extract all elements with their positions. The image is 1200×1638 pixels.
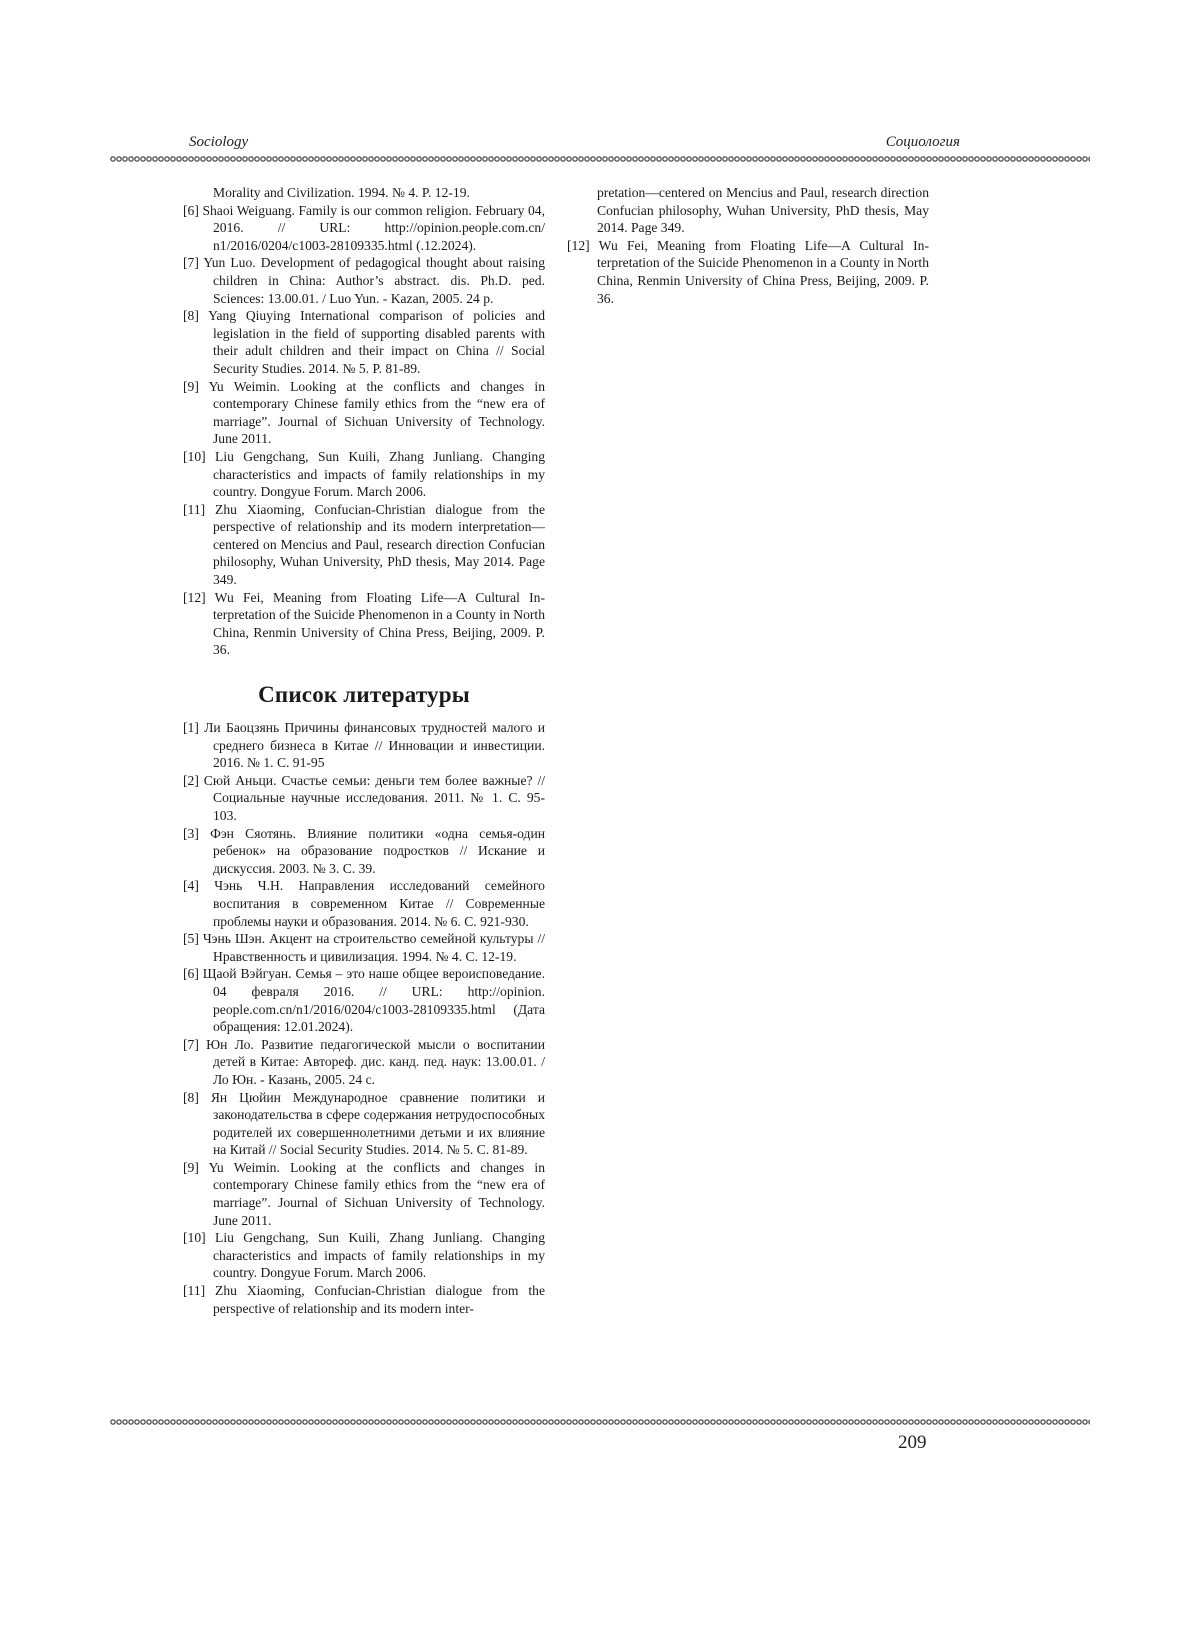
section-heading: Список литературы	[183, 681, 545, 709]
reference-text: Liu Gengchang, Sun Kuili, Zhang Junliang…	[213, 449, 545, 499]
russian-reference-list: [1] Ли Баоцзянь Причины финансовых трудн…	[183, 719, 545, 1317]
reference-number: [8]	[183, 1090, 199, 1105]
reference-item: [7] Юн Ло. Развитие педагогической мысли…	[183, 1036, 545, 1089]
reference-item: [5] Чэнь Шэн. Акцент на строительство се…	[183, 930, 545, 965]
reference-text: Wu Fei, Meaning from Floating Life—A Cul…	[597, 238, 929, 306]
reference-number: [7]	[183, 255, 199, 270]
chain-border-top	[110, 155, 1090, 163]
reference-text: Ян Цюйин Международное сравнение политик…	[211, 1090, 545, 1158]
right-column: pretation—centered on Mencius and Paul, …	[567, 184, 929, 307]
running-head-right: Социология	[886, 134, 960, 151]
english-reference-list: [6] Shaoi Weiguang. Family is our common…	[183, 202, 545, 659]
page-number: 209	[898, 1432, 927, 1454]
left-column: Morality and Civilization. 1994. № 4. P.…	[183, 184, 545, 1317]
reference-number: [10]	[183, 1230, 206, 1245]
reference-text: Фэн Сяотянь. Влияние политики «одна семь…	[210, 826, 545, 876]
reference-continuation: Morality and Civilization. 1994. № 4. P.…	[183, 184, 545, 202]
reference-item: [9] Yu Weimin. Looking at the conflicts …	[183, 1159, 545, 1229]
running-head-left: Sociology	[189, 134, 248, 151]
reference-text: Чэнь Шэн. Акцент на строительство семейн…	[203, 931, 545, 964]
reference-number: [7]	[183, 1037, 199, 1052]
reference-item: [4] Чэнь Ч.Н. Направления исследований с…	[183, 877, 545, 930]
reference-number: [1]	[183, 720, 199, 735]
reference-item: [10] Liu Gengchang, Sun Kuili, Zhang Jun…	[183, 1229, 545, 1282]
reference-number: [9]	[183, 379, 199, 394]
reference-text: Yu Weimin. Looking at the conflicts and …	[209, 1160, 545, 1228]
reference-number: [11]	[183, 502, 205, 517]
reference-text: Wu Fei, Meaning from Floating Life—A Cul…	[213, 590, 545, 658]
reference-text: Чэнь Ч.Н. Направления исследований семей…	[213, 878, 545, 928]
reference-text: Yu Weimin. Looking at the conflicts and …	[209, 379, 545, 447]
reference-number: [6]	[183, 203, 199, 218]
reference-item: [8] Yang Qiuying International compariso…	[183, 307, 545, 377]
reference-number: [10]	[183, 449, 206, 464]
reference-number: [11]	[183, 1283, 205, 1298]
reference-item: [7] Yun Luo. Development of pedagogical …	[183, 254, 545, 307]
reference-number: [4]	[183, 878, 199, 893]
reference-item: [9] Yu Weimin. Looking at the conflicts …	[183, 378, 545, 448]
reference-text: Yun Luo. Development of pedagogical thou…	[203, 255, 545, 305]
reference-number: [5]	[183, 931, 199, 946]
reference-text: Zhu Xiaoming, Confucian-Christian dialog…	[213, 1283, 545, 1316]
reference-text: Сюй Аньци. Счастье семьи: деньги тем бол…	[204, 773, 545, 823]
reference-text: Юн Ло. Развитие педагогической мысли о в…	[206, 1037, 545, 1087]
reference-number: [6]	[183, 966, 199, 981]
reference-number: [12]	[183, 590, 206, 605]
reference-item: [8] Ян Цюйин Международное сравнение пол…	[183, 1089, 545, 1159]
reference-number: [8]	[183, 308, 199, 323]
reference-text: Yang Qiuying International comparison of…	[208, 308, 545, 376]
reference-number: [9]	[183, 1160, 199, 1175]
reference-number: [2]	[183, 773, 199, 788]
reference-item: [11] Zhu Xiaoming, Confucian-Christian d…	[183, 501, 545, 589]
reference-text: Щаой Вэйгуан. Семья – это наше общее вер…	[203, 966, 545, 1034]
reference-item: [1] Ли Баоцзянь Причины финансовых трудн…	[183, 719, 545, 772]
reference-text: Shaoi Weiguang. Family is our common rel…	[202, 203, 545, 253]
reference-number: [3]	[183, 826, 199, 841]
reference-text: Zhu Xiaoming, Confucian-Christian dialog…	[213, 502, 545, 587]
reference-item: [6] Shaoi Weiguang. Family is our common…	[183, 202, 545, 255]
chain-border-bottom	[110, 1418, 1090, 1426]
reference-text: Liu Gengchang, Sun Kuili, Zhang Junliang…	[213, 1230, 545, 1280]
reference-item: [12] Wu Fei, Meaning from Floating Life—…	[183, 589, 545, 659]
reference-item: [12] Wu Fei, Meaning from Floating Life—…	[567, 237, 929, 307]
reference-number: [12]	[567, 238, 590, 253]
reference-text: Ли Баоцзянь Причины финансовых трудносте…	[204, 720, 545, 770]
reference-continuation: pretation—centered on Mencius and Paul, …	[567, 184, 929, 237]
reference-item: [11] Zhu Xiaoming, Confucian-Christian d…	[183, 1282, 545, 1317]
reference-item: [6] Щаой Вэйгуан. Семья – это наше общее…	[183, 965, 545, 1035]
reference-item: [3] Фэн Сяотянь. Влияние политики «одна …	[183, 825, 545, 878]
reference-item: [10] Liu Gengchang, Sun Kuili, Zhang Jun…	[183, 448, 545, 501]
reference-item: [2] Сюй Аньци. Счастье семьи: деньги тем…	[183, 772, 545, 825]
